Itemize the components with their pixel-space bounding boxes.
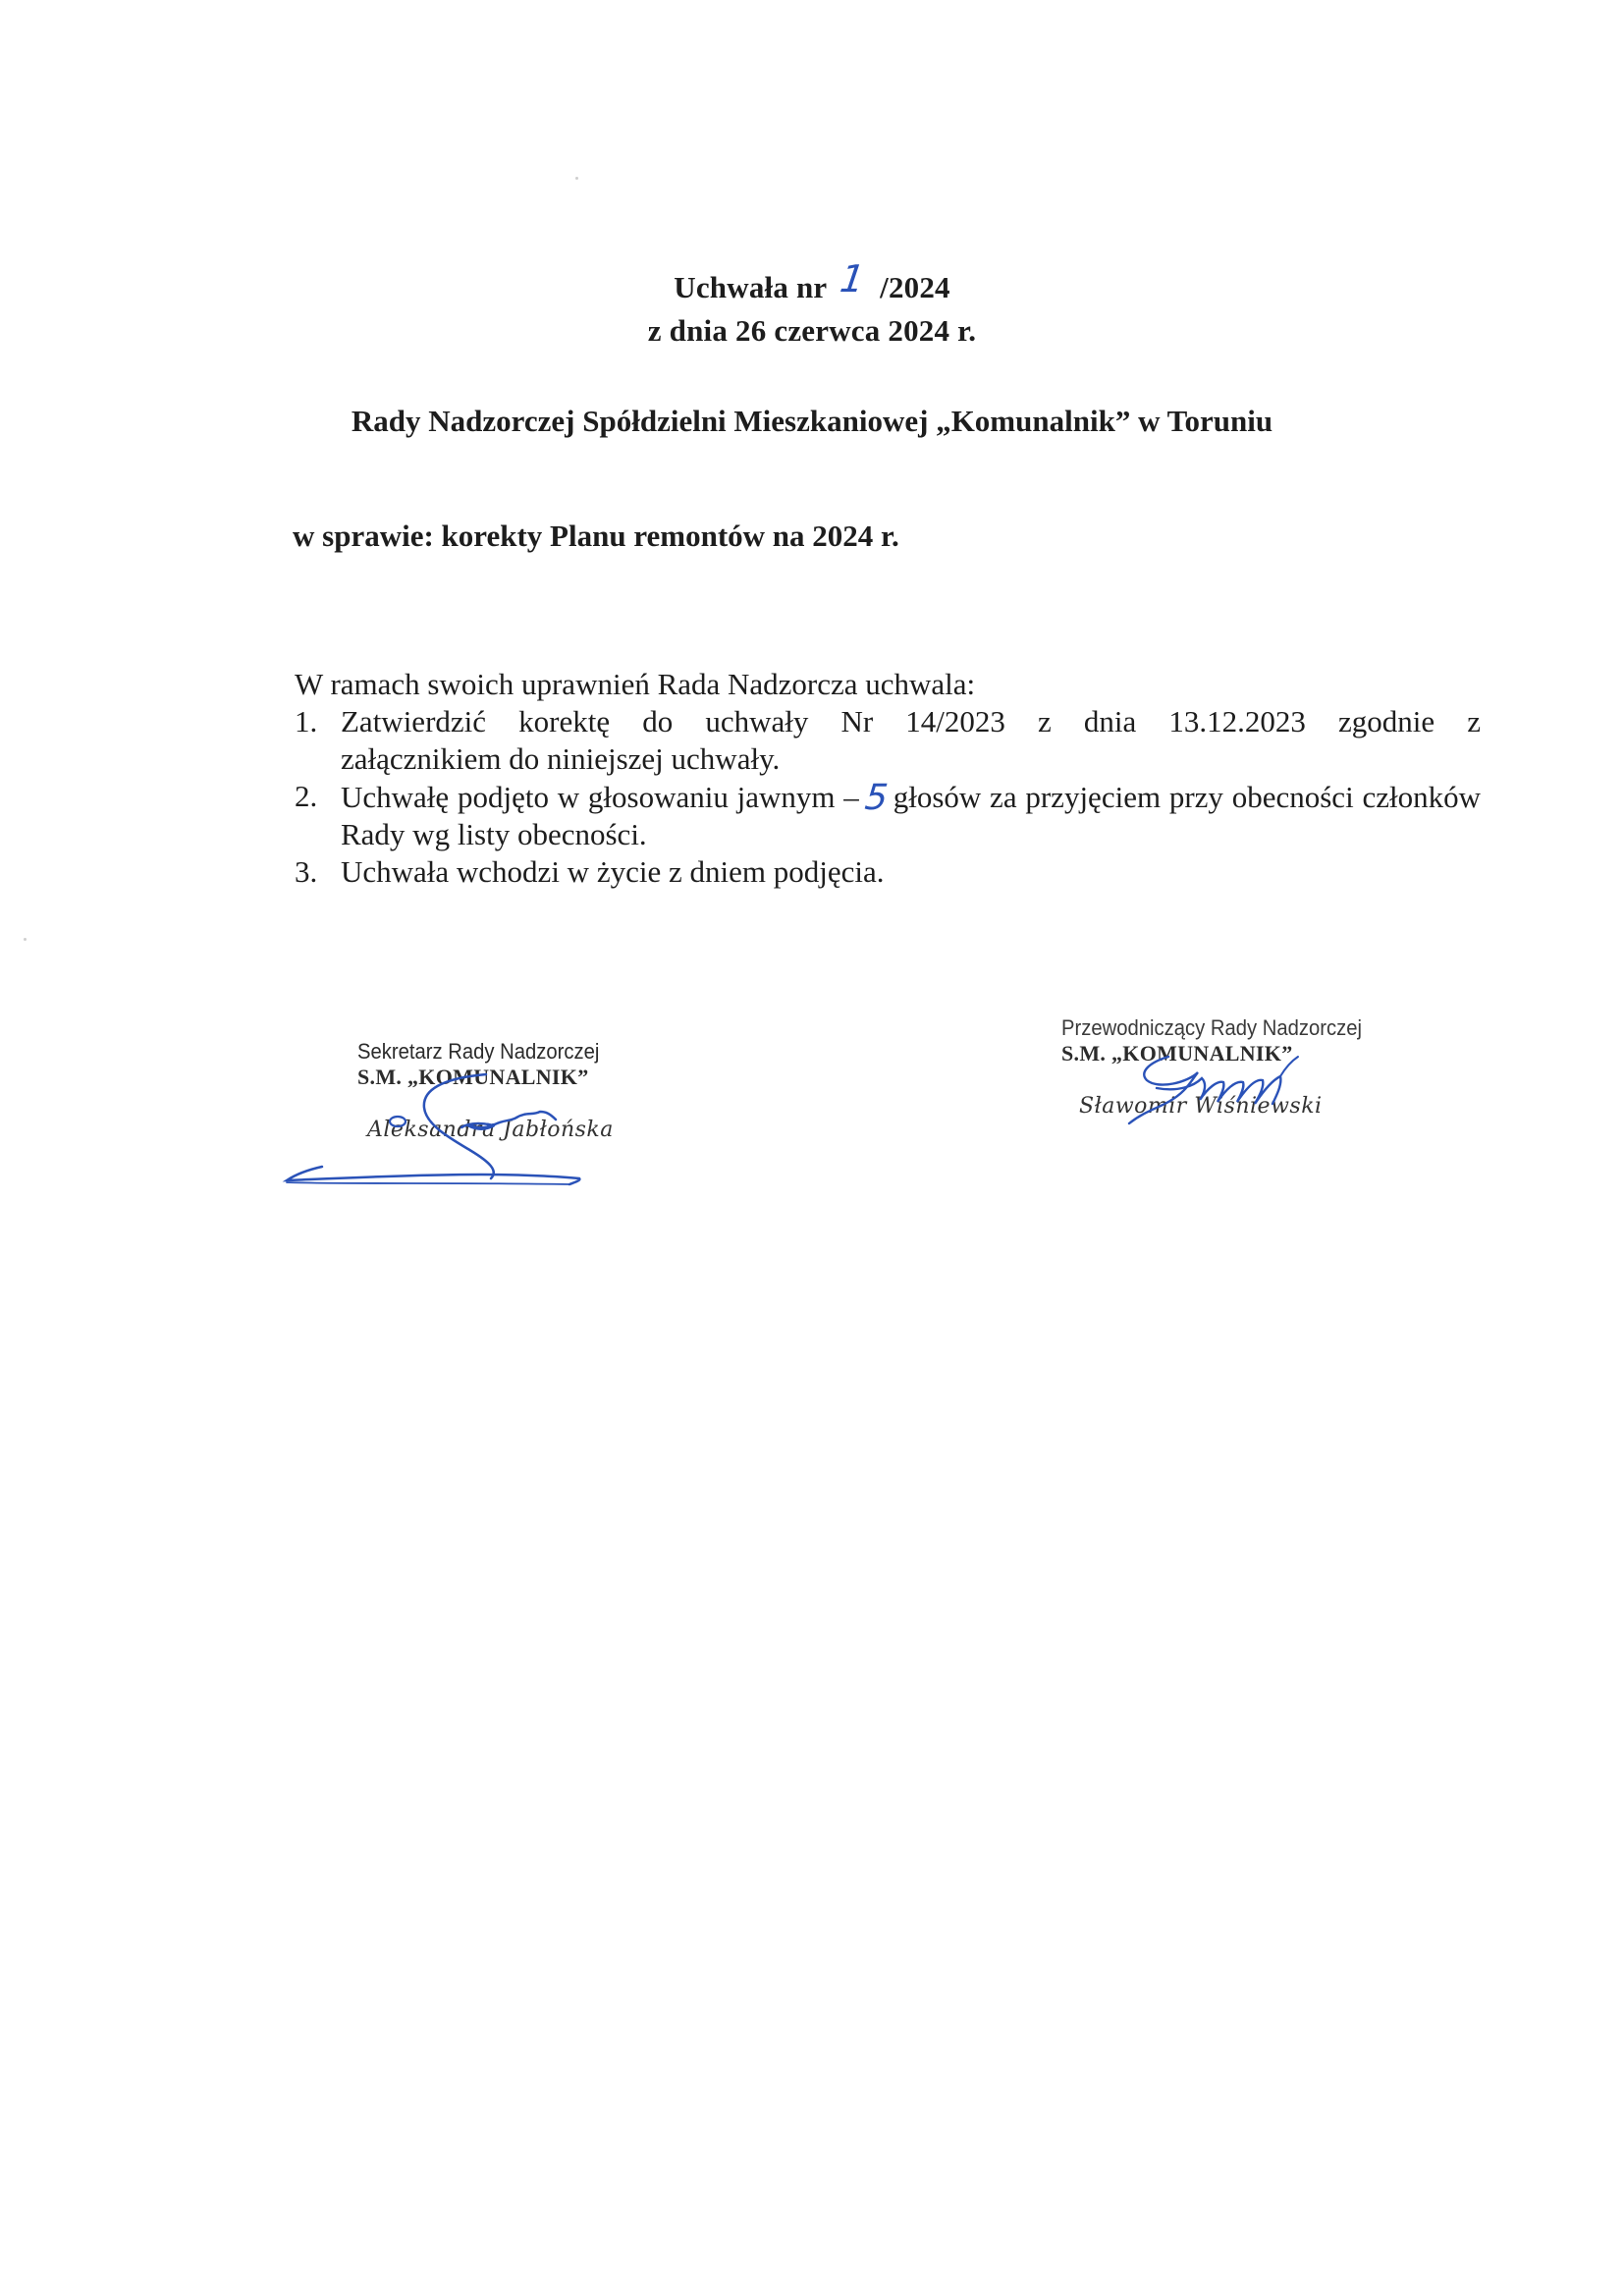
secretary-signature-stamp: Sekretarz Rady Nadzorczej S.M. „KOMUNALN… <box>357 1039 672 1143</box>
resolution-subject: w sprawie: korekty Planu remontów na 202… <box>293 515 899 558</box>
intro-text: W ramach swoich uprawnień Rada Nadzorcza… <box>295 666 1481 703</box>
item-text-before: Uchwałę podjęto w głosowaniu jawnym – <box>341 780 859 814</box>
stamp-organization: S.M. „KOMUNALNIK” <box>357 1065 672 1090</box>
document-page: Uchwała nr 1 /2024 z dnia 26 czerwca 202… <box>0 0 1624 2296</box>
resolution-items: 1. Zatwierdzić korektę do uchwały Nr 14/… <box>295 703 1481 891</box>
scan-artifact <box>24 938 27 941</box>
item-text-rest: załącznikiem do niniejszej uchwały. <box>341 741 780 776</box>
item-number: 1. <box>295 703 317 740</box>
handwritten-vote-count: 5 <box>863 780 890 817</box>
issuer-heading: Rady Nadzorczej Spółdzielni Mieszkaniowe… <box>0 400 1624 443</box>
list-item: 1. Zatwierdzić korektę do uchwały Nr 14/… <box>295 703 1481 778</box>
resolution-year: /2024 <box>880 270 950 304</box>
handwritten-resolution-number: 1 <box>838 257 868 301</box>
item-number: 3. <box>295 853 317 891</box>
stamp-name: Sławomir Wiśniewski <box>1079 1094 1376 1120</box>
resolution-number-line: Uchwała nr 1 /2024 <box>0 263 1624 309</box>
stamp-role: Sekretarz Rady Nadzorczej <box>357 1039 646 1065</box>
item-text: Uchwała wchodzi w życie z dniem podjęcia… <box>341 854 884 889</box>
item-text-first-line: Zatwierdzić korektę do uchwały Nr 14/202… <box>341 703 1481 740</box>
item-number: 2. <box>295 778 317 815</box>
scan-artifact <box>575 177 578 180</box>
list-item: 3. Uchwała wchodzi w życie z dniem podję… <box>295 853 1481 891</box>
list-item: 2. Uchwałę podjęto w głosowaniu jawnym –… <box>295 778 1481 853</box>
resolution-body: W ramach swoich uprawnień Rada Nadzorcza… <box>295 666 1481 891</box>
chairman-signature-stamp: Przewodniczący Rady Nadzorczej S.M. „KOM… <box>1061 1015 1376 1120</box>
stamp-role: Przewodniczący Rady Nadzorczej <box>1061 1015 1350 1041</box>
resolution-date: z dnia 26 czerwca 2024 r. <box>0 309 1624 353</box>
stamp-organization: S.M. „KOMUNALNIK” <box>1061 1041 1376 1066</box>
resolution-prefix: Uchwała nr <box>674 270 827 304</box>
stamp-name: Aleksandra Jabłońska <box>367 1118 672 1143</box>
resolution-title: Uchwała nr 1 /2024 z dnia 26 czerwca 202… <box>0 263 1624 353</box>
